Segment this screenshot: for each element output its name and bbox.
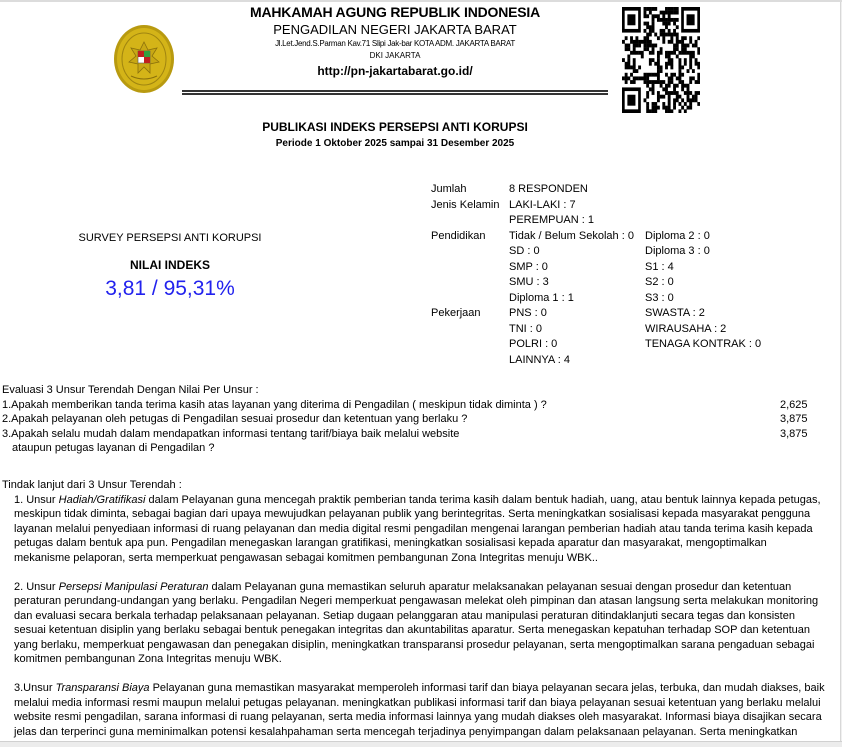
- evaluation-score: 3,875: [780, 412, 808, 427]
- evaluation-question: 2.Apakah pelayanan oleh petugas di Penga…: [2, 412, 622, 427]
- evaluation-question: 3.Apakah selalu mudah dalam mendapatkan …: [2, 427, 622, 442]
- stats-value: TNI : 0: [509, 322, 542, 338]
- stats-value: Diploma 1 : 1: [509, 291, 574, 307]
- court-name: PENGADILAN NEGERI JAKARTA BARAT: [180, 22, 610, 38]
- survey-label: SURVEY PERSEPSI ANTI KORUPSI: [40, 231, 300, 245]
- index-label: NILAI INDEKS: [40, 257, 300, 273]
- stats-label: Jumlah: [431, 182, 466, 198]
- stats-value: TENAGA KONTRAK : 0: [645, 337, 761, 353]
- follow-up-section: Tindak lanjut dari 3 Unsur Terendah : 1.…: [2, 478, 832, 741]
- letterhead-divider: [182, 90, 608, 95]
- institution-name: MAHKAMAH AGUNG REPUBLIK INDONESIA: [180, 4, 610, 21]
- evaluation-item: 3.Apakah selalu mudah dalam mendapatkan …: [2, 427, 832, 442]
- evaluation-question-continuation: ataupun petugas layanan di Pengadilan ?: [2, 441, 832, 456]
- stats-value: SWASTA : 2: [645, 306, 705, 322]
- stats-value: PEREMPUAN : 1: [509, 213, 594, 229]
- viewer-bottom-bar: [0, 741, 842, 747]
- stats-value: POLRI : 0: [509, 337, 557, 353]
- stats-value: S3 : 0: [645, 291, 674, 307]
- stats-label: Jenis Kelamin: [431, 198, 499, 214]
- follow-up-prefix: 2. Unsur: [14, 581, 59, 593]
- evaluation-item: 2.Apakah pelayanan oleh petugas di Penga…: [2, 412, 832, 427]
- survey-summary: SURVEY PERSEPSI ANTI KORUPSI NILAI INDEK…: [40, 231, 300, 302]
- follow-up-text: dalam Pelayanan guna memastikan seluruh …: [14, 581, 818, 666]
- stats-value: SMP : 0: [509, 260, 548, 276]
- court-province: DKI JAKARTA: [180, 50, 610, 61]
- stats-label: Pendidikan: [431, 229, 485, 245]
- stats-value: SD : 0: [509, 244, 540, 260]
- stats-value: SMU : 3: [509, 275, 549, 291]
- follow-up-term: Transparansi Biaya: [56, 682, 150, 694]
- evaluation-section: Evaluasi 3 Unsur Terendah Dengan Nilai P…: [2, 383, 832, 456]
- publication-period: Periode 1 Oktober 2025 sampai 31 Desembe…: [180, 137, 610, 151]
- stats-value: S2 : 0: [645, 275, 674, 291]
- letterhead: MAHKAMAH AGUNG REPUBLIK INDONESIA PENGAD…: [180, 4, 610, 79]
- stats-value: Diploma 2 : 0: [645, 229, 710, 245]
- evaluation-score: 2,625: [780, 398, 808, 413]
- index-value: 3,81 / 95,31%: [40, 276, 300, 302]
- evaluation-heading: Evaluasi 3 Unsur Terendah Dengan Nilai P…: [2, 383, 832, 398]
- mahkamah-agung-emblem-icon: [113, 24, 175, 94]
- evaluation-question: 1.Apakah memberikan tanda terima kasih a…: [2, 398, 622, 413]
- stats-value: WIRAUSAHA : 2: [645, 322, 726, 338]
- stats-value: LAKI-LAKI : 7: [509, 198, 576, 214]
- stats-value: LAINNYA : 4: [509, 353, 570, 369]
- stats-label: Pekerjaan: [431, 306, 481, 322]
- stats-value: Diploma 3 : 0: [645, 244, 710, 260]
- evaluation-score: 3,875: [780, 427, 808, 442]
- follow-up-item: 3.Unsur Transparansi Biaya Pelayanan gun…: [14, 681, 826, 741]
- follow-up-heading: Tindak lanjut dari 3 Unsur Terendah :: [2, 478, 832, 493]
- stats-value: PNS : 0: [509, 306, 547, 322]
- qr-code-icon: [622, 7, 700, 113]
- follow-up-item: 1. Unsur Hadiah/Gratifikasi dalam Pelaya…: [14, 493, 826, 566]
- follow-up-prefix: 3.Unsur: [14, 682, 56, 694]
- follow-up-item: 2. Unsur Persepsi Manipulasi Peraturan d…: [14, 580, 826, 667]
- document-title: PUBLIKASI INDEKS PERSEPSI ANTI KORUPSI P…: [180, 119, 610, 151]
- follow-up-term: Persepsi Manipulasi Peraturan: [59, 581, 209, 593]
- stats-value: Tidak / Belum Sekolah : 0: [509, 229, 634, 245]
- court-website-link[interactable]: http://pn-jakartabarat.go.id/: [180, 63, 610, 79]
- stats-value: 8 RESPONDEN: [509, 182, 588, 198]
- follow-up-term: Hadiah/Gratifikasi: [59, 494, 146, 506]
- follow-up-prefix: 1. Unsur: [14, 494, 59, 506]
- document-page: MAHKAMAH AGUNG REPUBLIK INDONESIA PENGAD…: [0, 2, 841, 741]
- court-address: Jl.Let.Jend.S.Parman Kav.71 Slipi Jak-ba…: [180, 38, 610, 50]
- evaluation-item: 1.Apakah memberikan tanda terima kasih a…: [2, 398, 832, 413]
- stats-value: S1 : 4: [645, 260, 674, 276]
- publication-title: PUBLIKASI INDEKS PERSEPSI ANTI KORUPSI: [180, 119, 610, 135]
